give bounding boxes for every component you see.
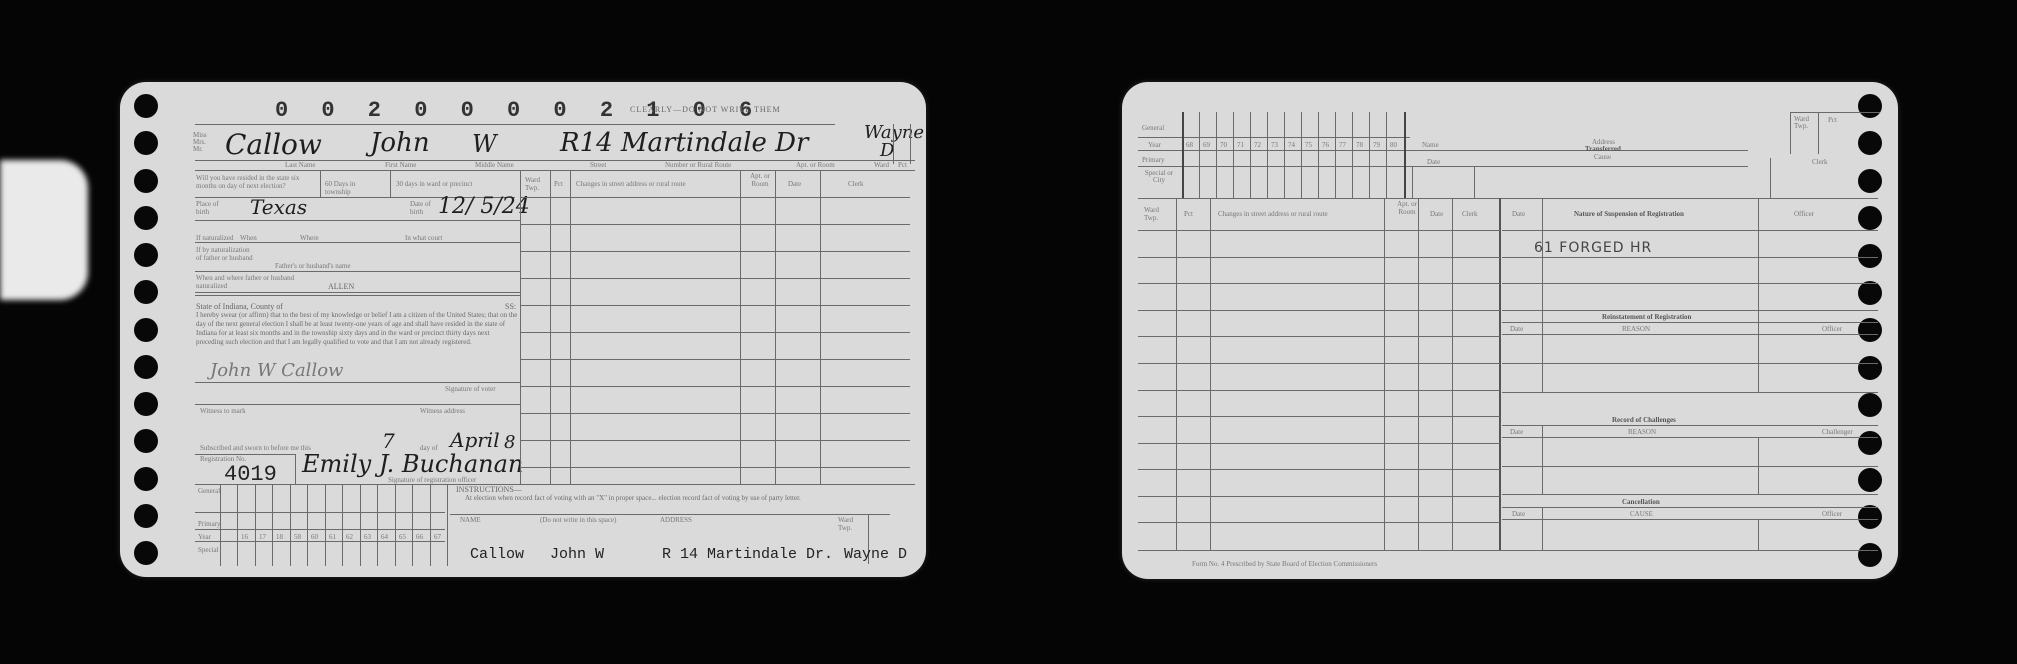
label-clerk: Clerk <box>1812 158 1828 166</box>
voter-signature: John W Callow <box>210 360 343 381</box>
label-name: Name <box>1422 141 1439 149</box>
last-name: Callow <box>225 128 322 161</box>
label-where: Where <box>300 234 319 242</box>
label-signature-officer: Signature of registration officer <box>388 476 476 484</box>
label-father-naturalization: If by naturalization of father or husban… <box>196 246 256 262</box>
oath-header: State of Indiana, County of <box>196 302 283 311</box>
label-date: Date <box>1427 158 1440 166</box>
label-naturalized: If naturalized <box>196 234 234 242</box>
middle-name: W <box>472 130 497 158</box>
street-address: R14 Martindale Dr <box>560 128 808 158</box>
registration-card-back: General Year Primary Special or City 68 … <box>1122 82 1898 579</box>
officer-signature: Emily J. Buchanan <box>302 450 523 478</box>
label-number-route: Number or Rural Route <box>665 161 731 169</box>
label-ward-twp-bottom: Ward Twp. <box>838 516 868 532</box>
label-address-col: ADDRESS <box>660 516 692 524</box>
label-do-not-write: (Do not write in this space) <box>540 516 616 524</box>
header-instruction: CLEARLY—DO NOT WRITE THEM <box>630 105 781 114</box>
punch-holes-right <box>1858 82 1884 579</box>
label-date-birth: Date of birth <box>410 200 435 216</box>
label-days-township: 60 Days in township <box>325 180 380 196</box>
label-middle-name: Middle Name <box>475 161 514 169</box>
label-first-name: First Name <box>385 161 416 169</box>
instructions-title: INSTRUCTIONS— <box>456 485 522 494</box>
place-of-birth: Texas <box>250 195 307 219</box>
name-prefix-label: Miss Mrs. Mr. <box>193 132 211 153</box>
overexposed-artifact <box>0 160 88 300</box>
subscribed-month: April <box>450 428 500 452</box>
typed-precinct: D <box>898 546 907 563</box>
label-court: In what court <box>405 234 442 242</box>
registration-card-front: 0 0 2 0 0 0 0 2 1 0 6 CLEARLY—DO NOT WRI… <box>120 82 926 577</box>
label-place-birth: Place of birth <box>196 200 226 216</box>
first-name: John <box>370 128 430 158</box>
label-transferred: Transferred <box>1585 145 1621 153</box>
label-witness: Witness to mark <box>200 407 246 415</box>
label-subscribed: Subscribed and sworn to before me this <box>200 444 311 452</box>
instructions-text: At election when record fact of voting w… <box>465 494 885 503</box>
label-ward-twp: Ward Twp. <box>1794 116 1816 130</box>
label-cause: Cause <box>1594 153 1611 161</box>
label-signature-voter: Signature of voter <box>445 385 496 393</box>
oath-text: I hereby swear (or affirm) that to the b… <box>196 311 518 347</box>
suspension-entry: 61 FORGED HR <box>1534 240 1652 256</box>
date-of-birth: 12/ 5/24 <box>438 194 530 219</box>
typed-last-name: Callow <box>470 546 524 563</box>
punch-holes-left <box>134 82 160 577</box>
label-last-name: Last Name <box>285 161 316 169</box>
label-street: Street <box>590 161 606 169</box>
label-witness-address: Witness address <box>420 407 465 415</box>
label-when-where-father: When and where father or husband natural… <box>196 274 306 290</box>
label-pct: Pct <box>898 161 907 169</box>
label-resided-state: Will you have resided in the state six m… <box>196 174 306 190</box>
label-apt-room: Apt. or Room <box>796 161 835 169</box>
label-name-col: NAME <box>460 516 481 524</box>
typed-first-name: John W <box>550 546 604 563</box>
label-father-name: Father's or husband's name <box>275 262 350 270</box>
oath-ss: SS: <box>505 302 516 311</box>
father-naturalized-where: ALLEN <box>328 282 354 291</box>
label-ward: Ward <box>874 161 889 169</box>
typed-township: Wayne <box>844 546 889 563</box>
label-days-ward: 30 days in ward or precinct <box>396 180 476 188</box>
label-when: When <box>240 234 257 242</box>
typed-address: R 14 Martindale Dr. <box>662 546 833 563</box>
form-footer: Form No. 4 Prescribed by State Board of … <box>1192 560 1377 568</box>
label-pct-back: Pct <box>1828 116 1837 124</box>
